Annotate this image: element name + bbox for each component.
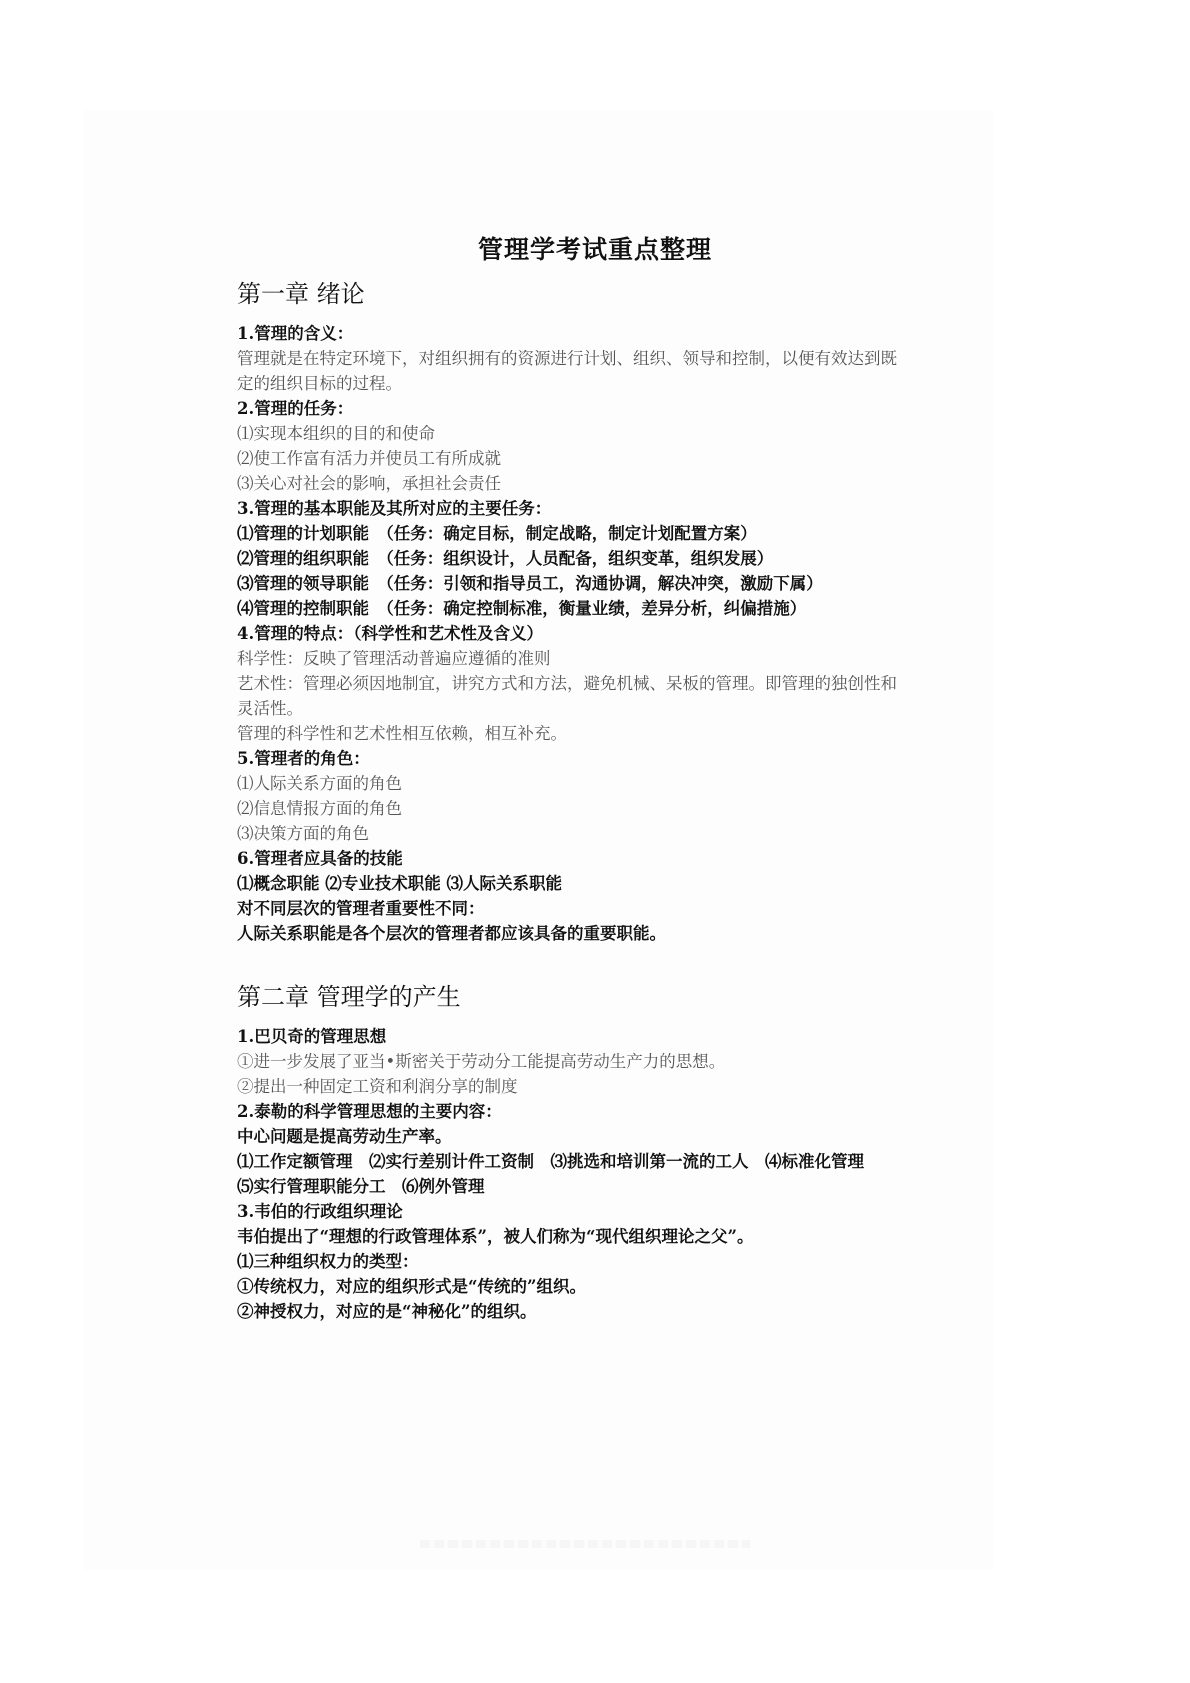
list-item: ⑷管理的控制职能 （任务：确定控制标准，衡量业绩，差异分析，纠偏措施） <box>237 597 806 621</box>
chapter-heading: 第一章 绪论 <box>237 282 365 306</box>
list-item: ⑸实行管理职能分工 ⑹例外管理 <box>237 1175 485 1199</box>
list-item: ⑴三种组织权力的类型： <box>237 1250 419 1274</box>
chapter-heading: 第二章 管理学的产生 <box>237 985 461 1009</box>
list-item: ②提出一种固定工资和利润分享的制度 <box>237 1075 518 1099</box>
list-item: ⑵信息情报方面的角色 <box>237 797 402 821</box>
section-heading: 6.管理者应具备的技能 <box>237 847 403 871</box>
paragraph-line: 管理就是在特定环境下，对组织拥有的资源进行计划、组织、领导和控制，以便有效达到既 <box>237 347 897 371</box>
faint-footer-text <box>420 1540 750 1548</box>
paragraph-line: 人际关系职能是各个层次的管理者都应该具备的重要职能。 <box>237 922 666 946</box>
section-heading: 3.管理的基本职能及其所对应的主要任务： <box>237 497 551 521</box>
list-item: ②神授权力，对应的是“神秘化”的组织。 <box>237 1300 536 1324</box>
paragraph-line: 艺术性：管理必须因地制宜，讲究方式和方法，避免机械、呆板的管理。即管理的独创性和 <box>237 672 897 696</box>
paragraph-line: 韦伯提出了“理想的行政管理体系”，被人们称为“现代组织理论之父”。 <box>237 1225 753 1249</box>
list-item: ⑴人际关系方面的角色 <box>237 772 402 796</box>
paragraph-line: 定的组织目标的过程。 <box>237 372 402 396</box>
section-heading: 4.管理的特点：（科学性和艺术性及含义） <box>237 622 543 646</box>
document-title: 管理学考试重点整理 <box>0 230 1190 266</box>
section-heading: 2.管理的任务： <box>237 397 353 421</box>
paragraph-line: 灵活性。 <box>237 697 303 721</box>
list-item: ⑴管理的计划职能 （任务：确定目标，制定战略，制定计划配置方案） <box>237 522 757 546</box>
list-item: ⑵使工作富有活力并使员工有所成就 <box>237 447 501 471</box>
list-item: ①传统权力，对应的组织形式是“传统的”组织。 <box>237 1275 586 1299</box>
list-item: ①进一步发展了亚当•斯密关于劳动分工能提高劳动生产力的思想。 <box>237 1050 725 1074</box>
paragraph-line: 科学性：反映了管理活动普遍应遵循的准则 <box>237 647 551 671</box>
list-item: ⑵管理的组织职能 （任务：组织设计，人员配备，组织变革，组织发展） <box>237 547 773 571</box>
list-item: ⑶管理的领导职能 （任务：引领和指导员工，沟通协调，解决冲突，激励下属） <box>237 572 823 596</box>
document-page <box>83 110 993 1570</box>
paragraph-line: 中心问题是提高劳动生产率。 <box>237 1125 452 1149</box>
list-item: ⑴概念职能 ⑵专业技术职能 ⑶人际关系职能 <box>237 872 562 896</box>
section-heading: 3.韦伯的行政组织理论 <box>237 1200 403 1224</box>
section-heading: 2.泰勒的科学管理思想的主要内容： <box>237 1100 502 1124</box>
section-heading: 1.管理的含义： <box>237 322 353 346</box>
list-item: ⑴工作定额管理 ⑵实行差别计件工资制 ⑶挑选和培训第一流的工人 ⑷标准化管理 <box>237 1150 864 1174</box>
list-item: ⑴实现本组织的目的和使命 <box>237 422 435 446</box>
section-heading: 5.管理者的角色： <box>237 747 370 771</box>
paragraph-line: 对不同层次的管理者重要性不同： <box>237 897 485 921</box>
list-item: ⑶关心对社会的影响，承担社会责任 <box>237 472 501 496</box>
section-heading: 1.巴贝奇的管理思想 <box>237 1025 386 1049</box>
paragraph-line: 管理的科学性和艺术性相互依赖，相互补充。 <box>237 722 567 746</box>
list-item: ⑶决策方面的角色 <box>237 822 369 846</box>
